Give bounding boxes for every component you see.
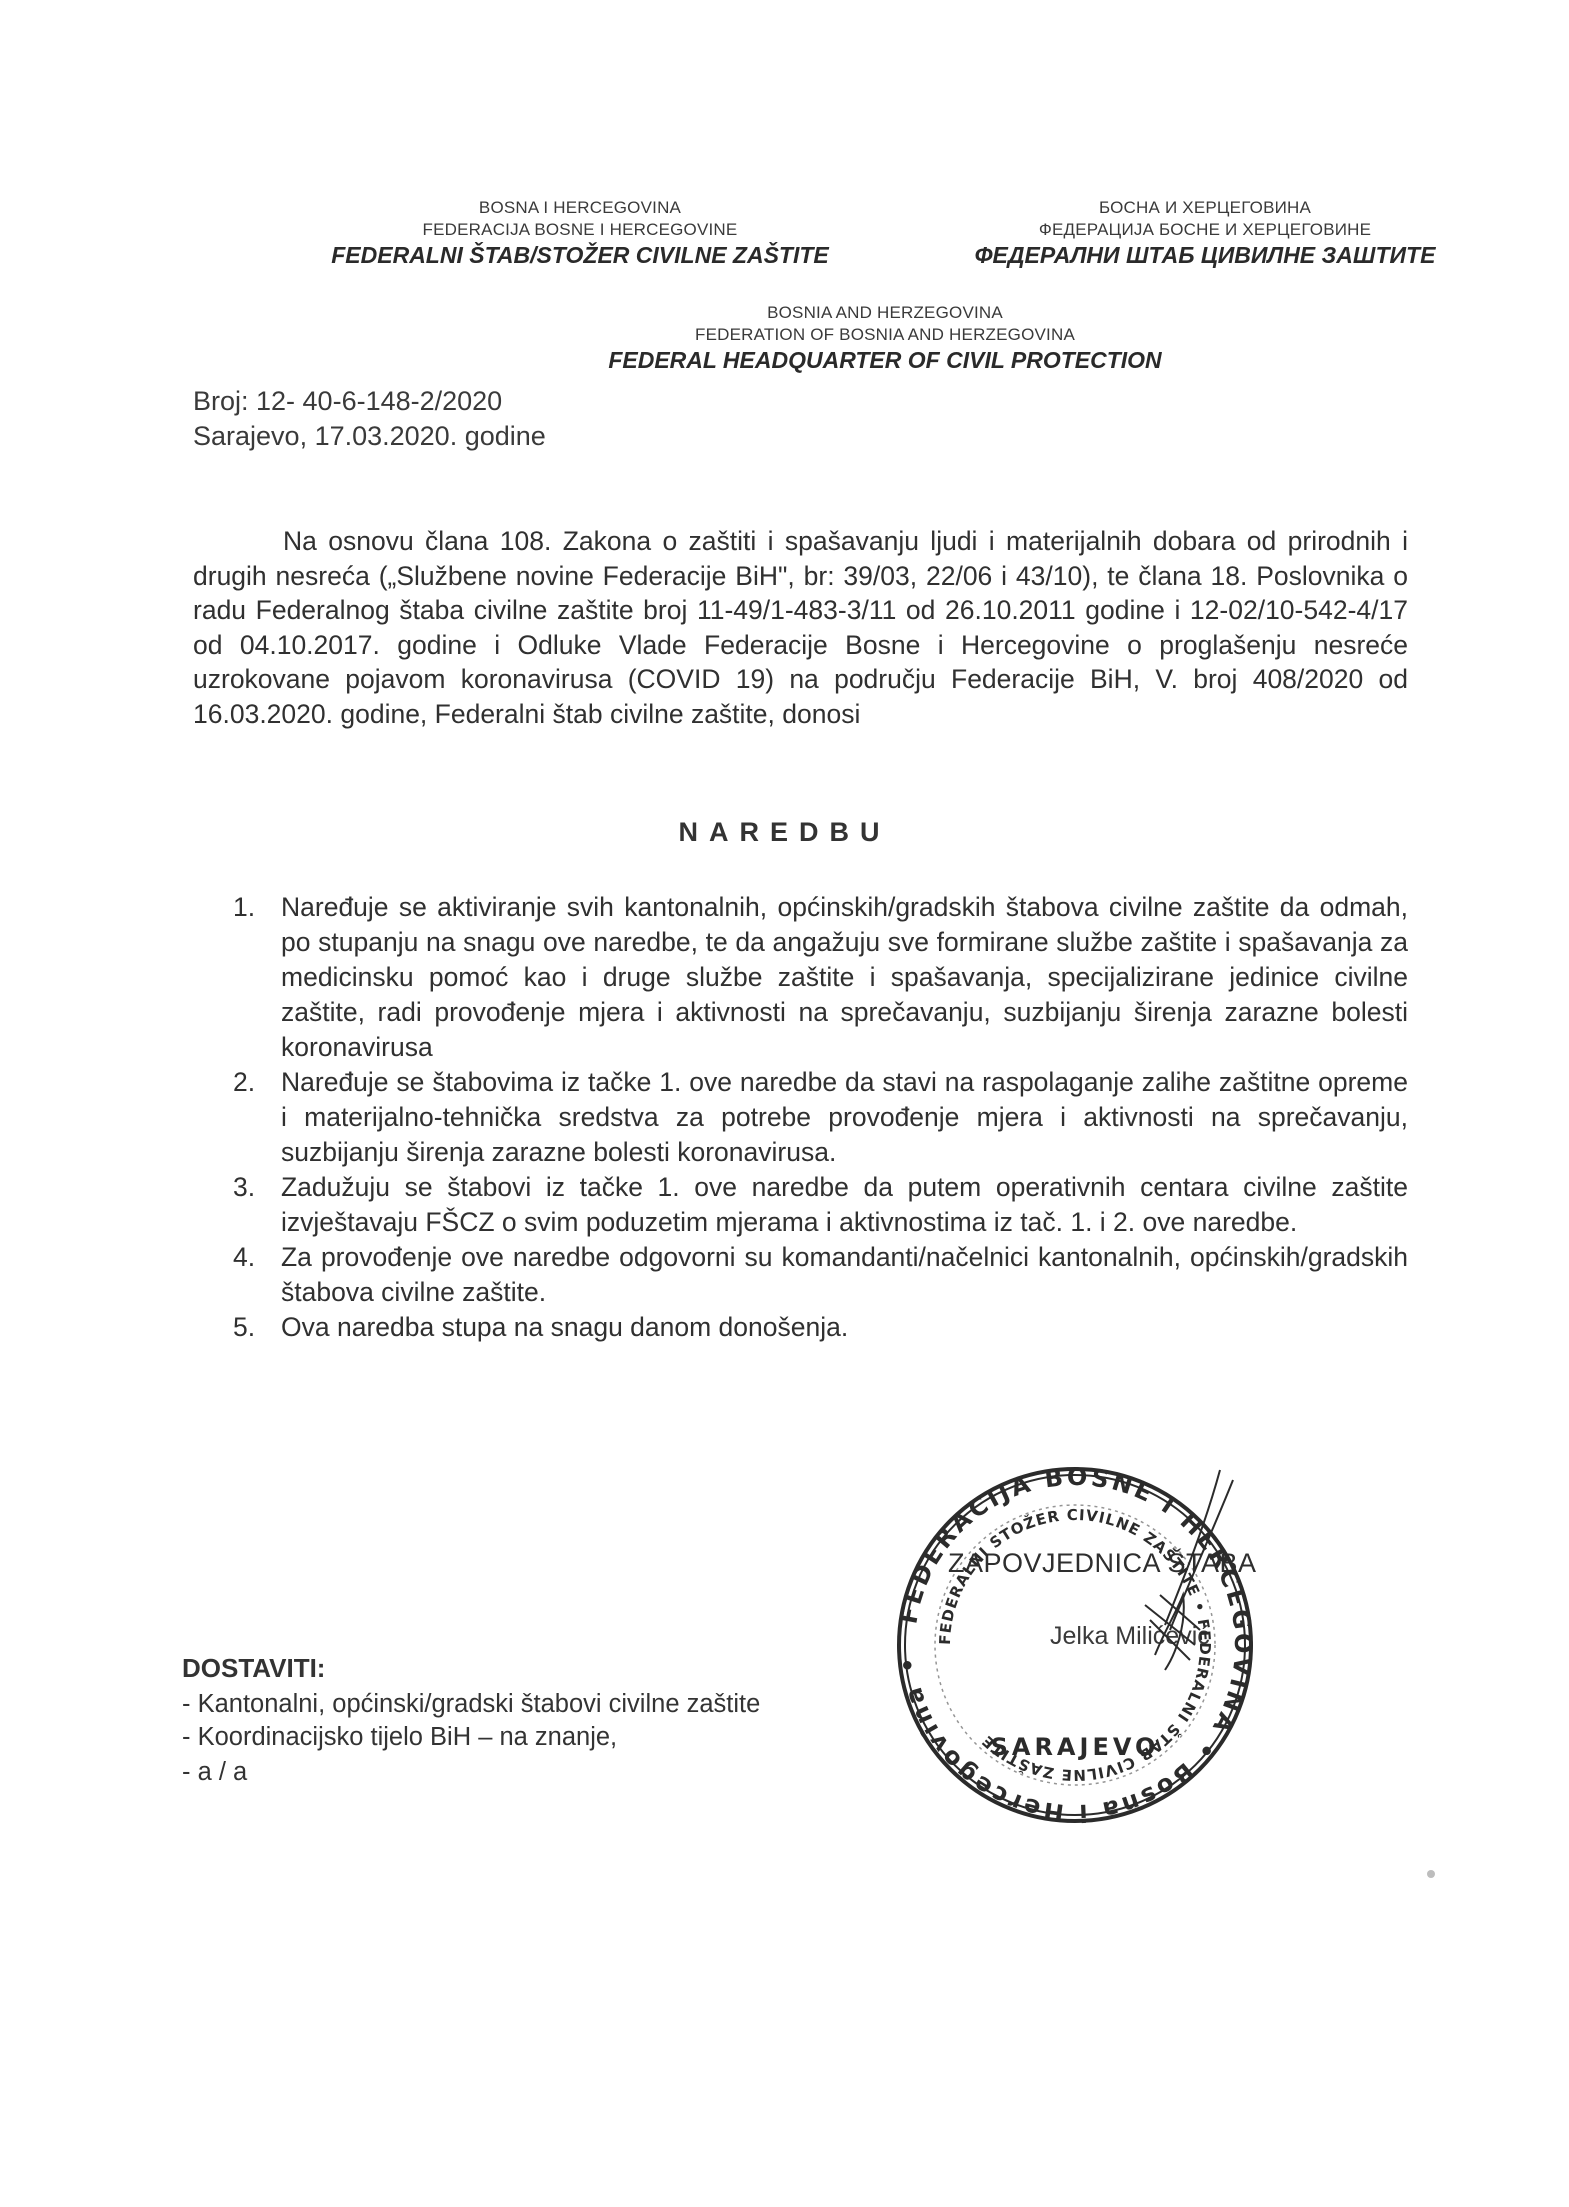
point-number: 5. xyxy=(233,1310,255,1345)
stamp-center-text: SARAJEVO xyxy=(991,1733,1160,1761)
document-page: BOSNA I HERCEGOVINA FEDERACIJA BOSNE I H… xyxy=(0,0,1569,2207)
order-point: 5.Ova naredba stupa na snagu danom donoš… xyxy=(233,1310,1408,1345)
document-title: NAREDBU xyxy=(0,817,1569,848)
point-number: 2. xyxy=(233,1065,255,1100)
order-point: 2.Naređuje se štabovima iz tačke 1. ove … xyxy=(233,1065,1408,1170)
header-country: BOSNA I HERCEGOVINA xyxy=(310,197,850,219)
point-number: 3. xyxy=(233,1170,255,1205)
signatory-name: Jelka Milićević xyxy=(1050,1622,1210,1651)
header-federation: FEDERACIJA BOSNE I HERCEGOVINE xyxy=(310,219,850,241)
distribution-item: - a / a xyxy=(182,1756,247,1789)
point-text: Ova naredba stupa na snagu danom donošen… xyxy=(281,1312,848,1342)
place-date: Sarajevo, 17.03.2020. godine xyxy=(193,419,546,453)
signatory-title: ZAPOVJEDNICA ŠTABA xyxy=(948,1548,1257,1579)
header-country-english: BOSNIA AND HERZEGOVINA xyxy=(585,302,1185,324)
header-institution-cyrillic: ФЕДЕРАЛНИ ШТАБ ЦИВИЛНЕ ЗАШТИТЕ xyxy=(935,241,1475,269)
point-text: Zadužuju se štabovi iz tačke 1. ove nare… xyxy=(281,1172,1408,1237)
reference-number: Broj: 12- 40-6-148-2/2020 xyxy=(193,384,502,418)
header-bosnian: BOSNA I HERCEGOVINA FEDERACIJA BOSNE I H… xyxy=(310,197,850,269)
order-point: 1.Naređuje se aktiviranje svih kantonaln… xyxy=(233,890,1408,1065)
point-number: 1. xyxy=(233,890,255,925)
point-text: Za provođenje ove naredbe odgovorni su k… xyxy=(281,1242,1408,1307)
point-text: Naređuje se aktiviranje svih kantonalnih… xyxy=(281,892,1408,1062)
header-federation-cyrillic: ФЕДЕРАЦИЈА БОСНЕ И ХЕРЦЕГОВИНЕ xyxy=(935,219,1475,241)
header-cyrillic: БОСНА И ХЕРЦЕГОВИНА ФЕДЕРАЦИЈА БОСНЕ И Х… xyxy=(935,197,1475,269)
order-point: 4.Za provođenje ove naredbe odgovorni su… xyxy=(233,1240,1408,1310)
distribution-label: DOSTAVITI: xyxy=(182,1653,325,1684)
scan-speck xyxy=(1427,1870,1435,1878)
preamble: Na osnovu člana 108. Zakona o zaštiti i … xyxy=(193,524,1408,731)
distribution-item: - Kantonalni, općinski/gradski štabovi c… xyxy=(182,1688,760,1721)
point-text: Naređuje se štabovima iz tačke 1. ove na… xyxy=(281,1067,1408,1167)
header-institution-english: FEDERAL HEADQUARTER OF CIVIL PROTECTION xyxy=(585,346,1185,374)
order-points: 1.Naređuje se aktiviranje svih kantonaln… xyxy=(233,890,1408,1345)
header-country-cyrillic: БОСНА И ХЕРЦЕГОВИНА xyxy=(935,197,1475,219)
header-english: BOSNIA AND HERZEGOVINA FEDERATION OF BOS… xyxy=(585,302,1185,374)
point-number: 4. xyxy=(233,1240,255,1275)
distribution-item: - Koordinacijsko tijelo BiH – na znanje, xyxy=(182,1721,617,1754)
header-institution: FEDERALNI ŠTAB/STOŽER CIVILNE ZAŠTITE xyxy=(310,241,850,269)
header-federation-english: FEDERATION OF BOSNIA AND HERZEGOVINA xyxy=(585,324,1185,346)
order-point: 3.Zadužuju se štabovi iz tačke 1. ove na… xyxy=(233,1170,1408,1240)
